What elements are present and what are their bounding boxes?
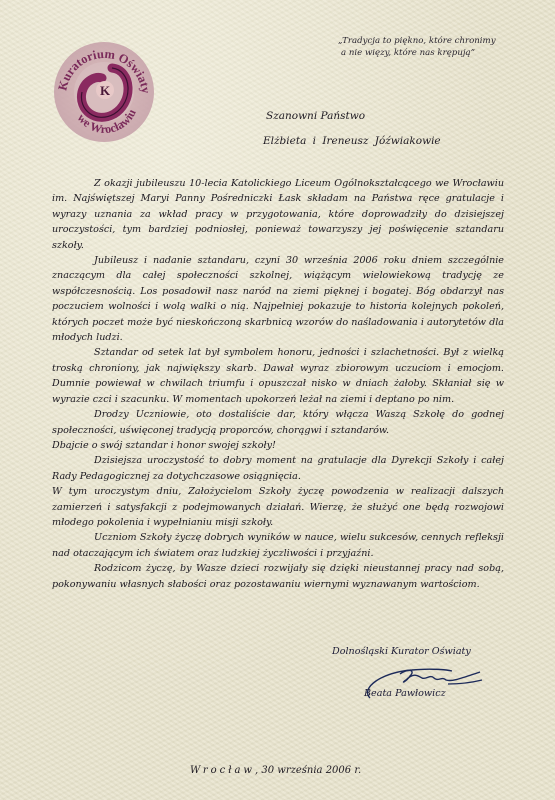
letter-paragraph: Drodzy Uczniowie, oto dostaliście dar, k… (52, 407, 504, 438)
letter-paragraph: Uczniom Szkoły życzę dobrych wyników w n… (52, 530, 504, 561)
salutation: Szanowni Państwo (266, 110, 365, 122)
letter-paragraph: Rodzicom życzę, by Wasze dzieci rozwijał… (52, 561, 504, 592)
letter-paragraph: Dzisiejsza uroczystość to dobry moment n… (52, 453, 504, 484)
letter-paragraph: Z okazji jubileuszu 10-lecia Katolickieg… (52, 176, 504, 253)
addressee: Elżbieta i Ireneusz Jóźwiakowie (263, 135, 441, 147)
svg-text:K: K (100, 83, 111, 98)
letter-paragraph: Dbajcie o swój sztandar i honor swojej s… (52, 438, 504, 453)
motto-line: a nie więzy, które nas krępują” (338, 47, 538, 59)
letter-page: Kuratorium Oświaty we Wrocławiu K „Trady… (0, 0, 555, 800)
signatory-name: Beata Pawłowicz (364, 688, 446, 699)
letter-paragraph: W tym uroczystym dniu, Założycielom Szko… (52, 484, 504, 530)
motto-quote: „Tradycja to piękno, które chronimy a ni… (338, 35, 538, 59)
signatory-title: Dolnośląski Kurator Oświaty (332, 646, 471, 657)
kuratorium-seal-icon: Kuratorium Oświaty we Wrocławiu K (52, 40, 156, 144)
letter-body: Z okazji jubileuszu 10-lecia Katolickieg… (52, 176, 504, 592)
letter-paragraph: Sztandar od setek lat był symbolem honor… (52, 345, 504, 407)
place-and-date: Wrocław, 30 września 2006 r. (190, 765, 361, 776)
place: Wrocław (190, 765, 255, 776)
motto-line: „Tradycja to piękno, które chronimy (338, 35, 538, 47)
date: , 30 września 2006 r. (255, 765, 361, 776)
letter-paragraph: Jubileusz i nadanie sztandaru, czyni 30 … (52, 253, 504, 345)
